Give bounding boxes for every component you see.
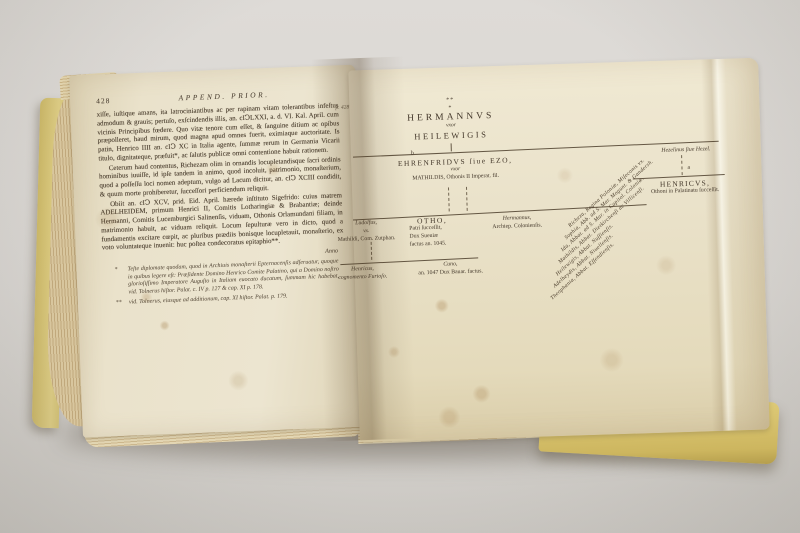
footnote-1: * Teſte diplomate quodam, quod in Archiu…: [115, 259, 340, 298]
tree-node-henricus-furiosus: Henricus, cognomento Furioſo.: [322, 265, 402, 283]
tree-connector-tick: [451, 143, 452, 151]
tree-node-henricus: HENRICVS, Othoni in Palatinatu ſucceſſit…: [632, 177, 738, 197]
tree-node-hermannus: HERMANNVS vxor HEILEWIGIS: [371, 110, 532, 143]
ludolfus-wife: Mathildi, Com. Zutphan.: [319, 234, 413, 245]
left-page-content: 428 APPEND. PRIOR. xiſſe, iuſtique amans…: [69, 65, 369, 438]
otho-line-3: factus an. 1045.: [410, 239, 476, 249]
tree-connector-tick: [466, 187, 468, 211]
right-page-foldout: p. 428 ** * HERMANNVS vxor HEILEWIGIS He…: [348, 58, 769, 443]
tree-node-ezo: EHRENFRIDVS ſiue EZO, vxor MATHILDIS, Ot…: [375, 155, 536, 185]
tree-node-otho: OTHO, Patri ſucceſſit, Dux Sueuiæ factus…: [409, 215, 476, 249]
henricus2-detail: cognomento Furioſo.: [323, 273, 403, 283]
footnote-1-mark: *: [115, 267, 129, 297]
tree-node-ludolfus: Ludolfus, vx. Mathildi, Com. Zutphan.: [319, 219, 414, 245]
paragraph-3: Obiit an. cIↃ XCV, prid. Eid. April. hær…: [100, 192, 344, 254]
body-text: xiſſe, iuſtique amans, ita latrocinianti…: [97, 102, 344, 253]
genealogy-chart: p. 428 ** * HERMANNVS vxor HEILEWIGIS He…: [348, 58, 769, 443]
page-number: 428: [96, 95, 130, 105]
hezelinus-descent-line: [681, 155, 683, 175]
tree-node-cuno: Cuno, an. 1047 Dux Bauar. factus.: [394, 260, 506, 279]
header-spacer: [318, 94, 338, 95]
reference-mark-b: b: [411, 150, 415, 156]
tree-connector-tick: [448, 187, 450, 211]
photo-of-open-book: 428 APPEND. PRIOR. xiſſe, iuſtique amans…: [0, 0, 800, 533]
running-header: APPEND. PRIOR.: [130, 88, 318, 104]
left-page: 428 APPEND. PRIOR. xiſſe, iuſtique amans…: [69, 65, 369, 438]
tree-node-hezelinus: Hezelinus ſiue Hezel.: [636, 145, 736, 156]
footnote-1-text: Teſte diplomate quodam, quod in Archiuis…: [128, 259, 340, 297]
footnotes: * Teſte diplomate quodam, quod in Archiu…: [115, 259, 340, 308]
ludolfus-descent-line: [371, 242, 373, 260]
tree-node-hermannus-archiep: Hermannus, Archiep. Colonienſis.: [476, 214, 558, 232]
hermann-detail: Archiep. Colonienſis.: [476, 222, 558, 232]
facing-page-reference: p. 428: [335, 105, 349, 111]
paragraph-1: xiſſe, iuſtique amans, ita latrocinianti…: [97, 102, 341, 164]
reference-mark-a: a: [687, 165, 691, 171]
footnote-2-mark: **: [116, 300, 129, 308]
